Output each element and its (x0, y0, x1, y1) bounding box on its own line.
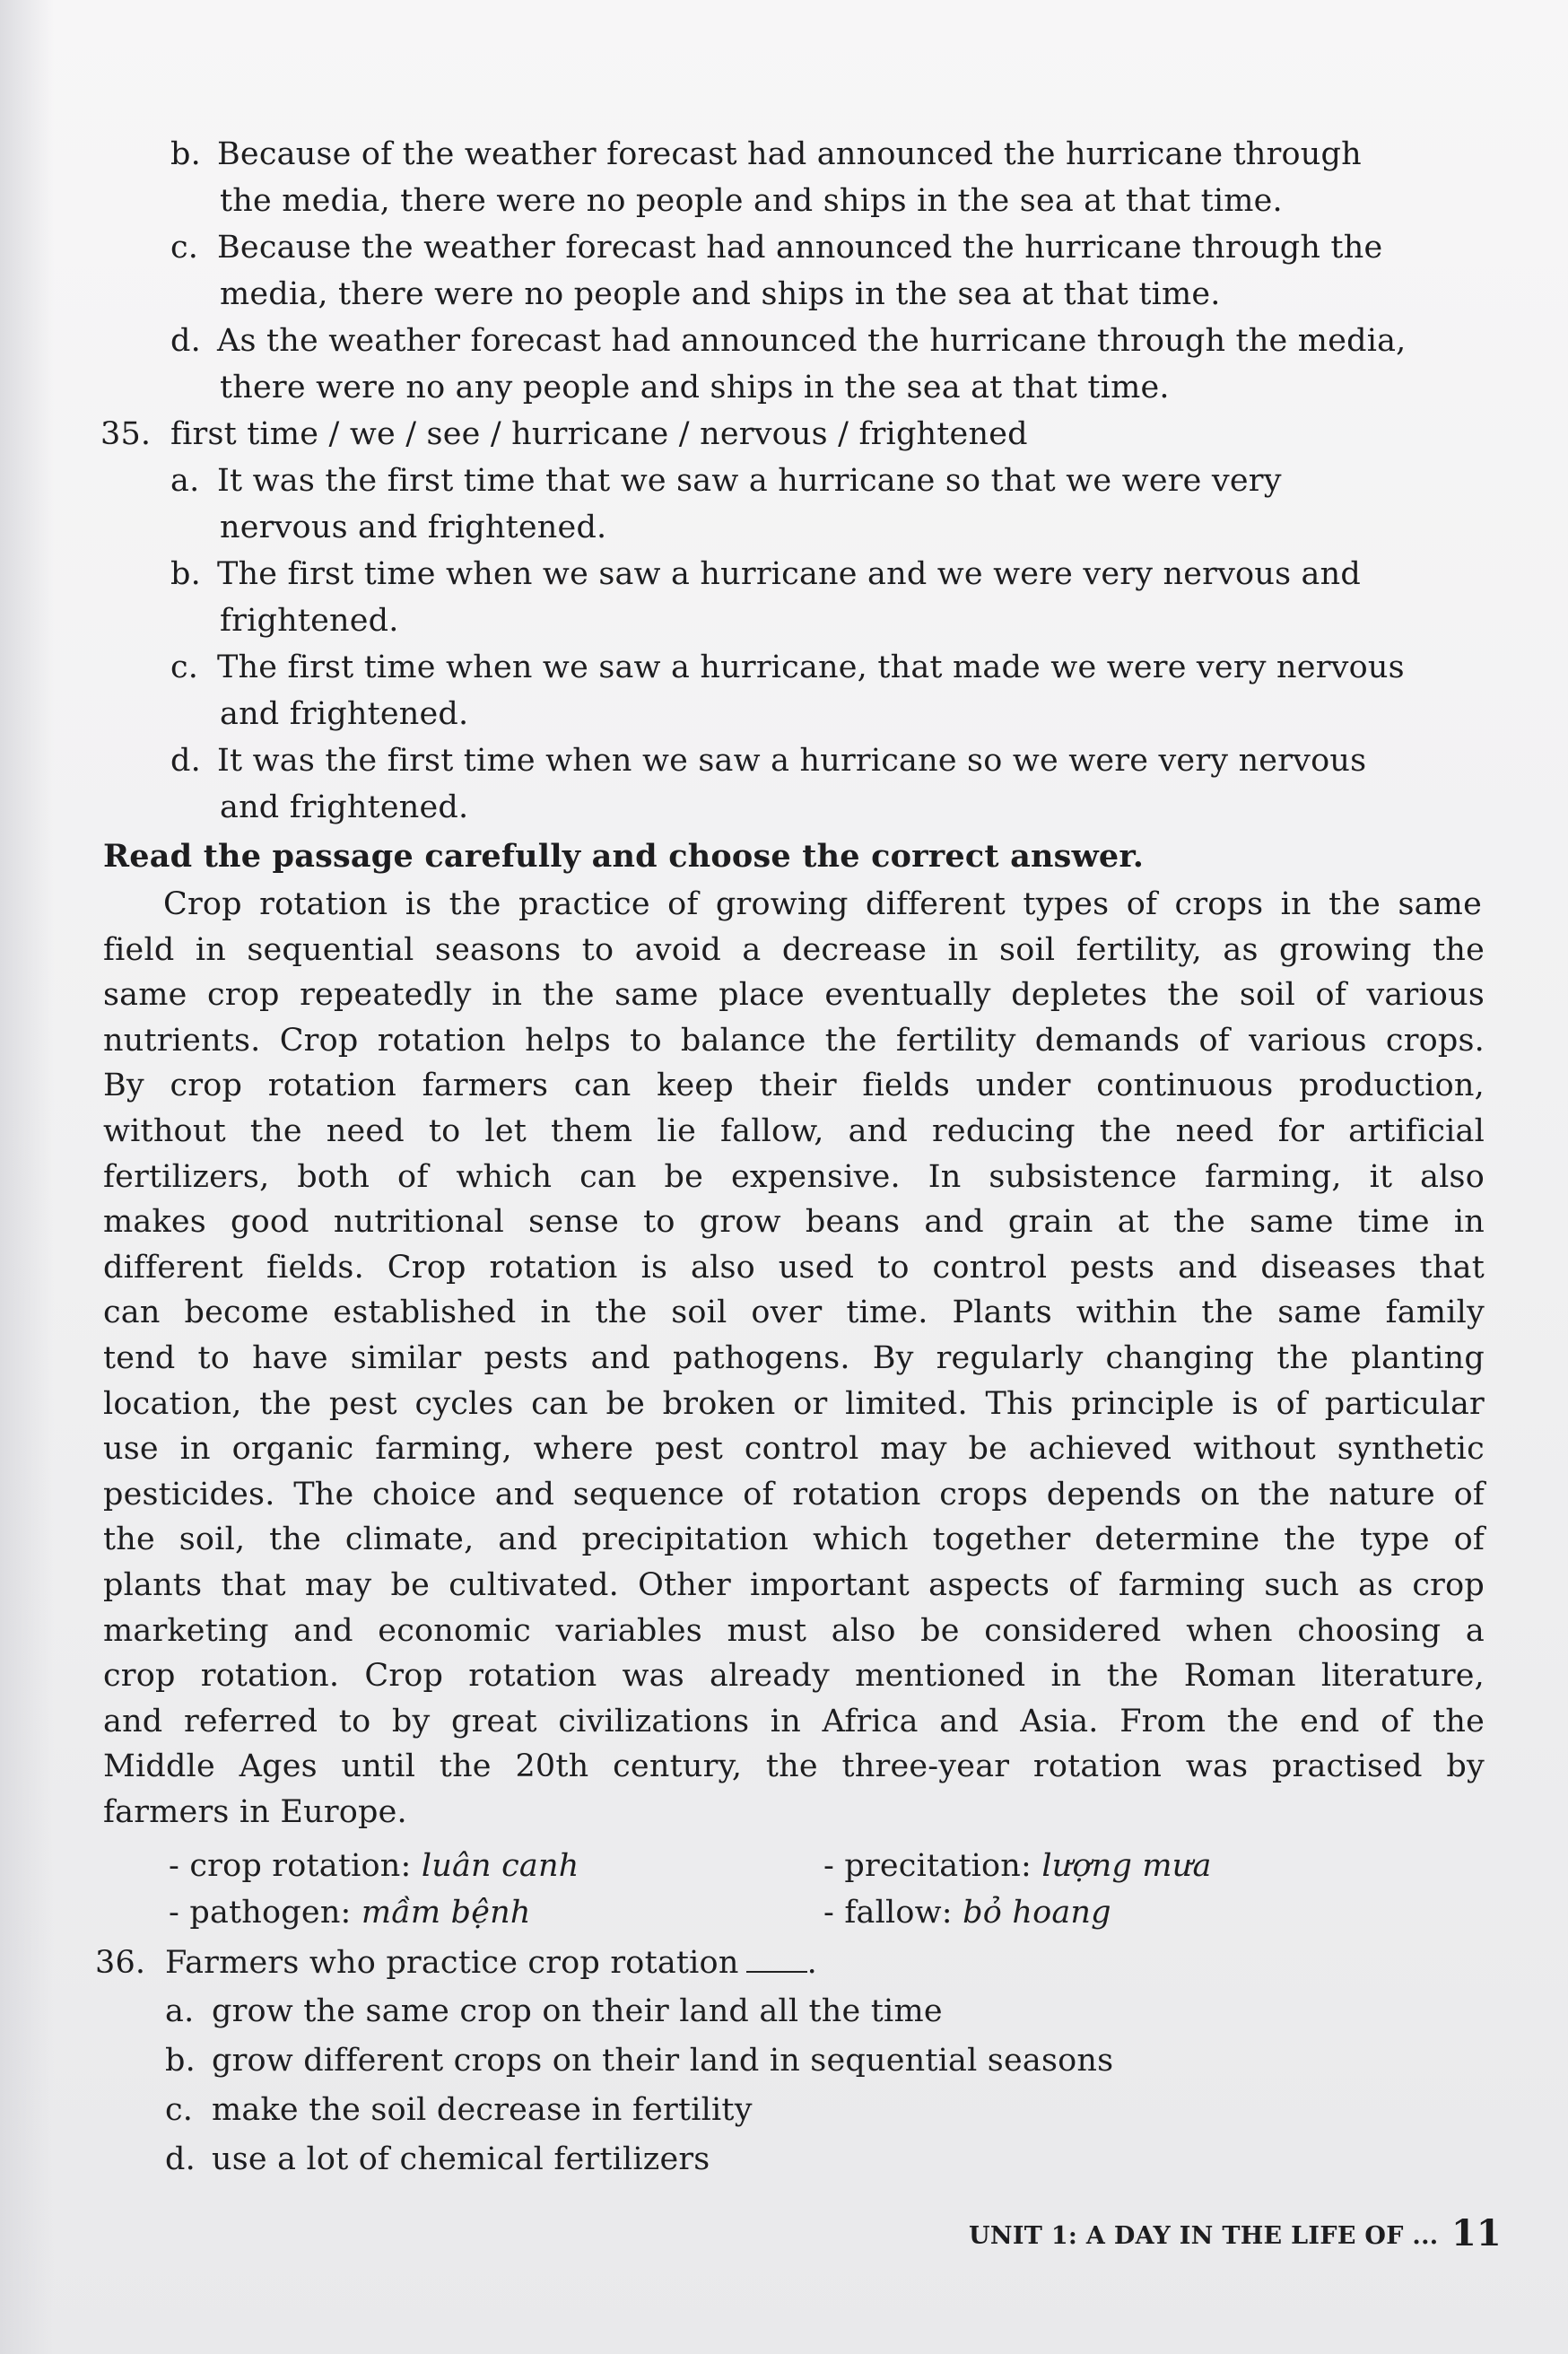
q36-option-d: d.use a lot of chemical fertilizers (165, 2141, 710, 2177)
passage-line: different fields. Crop rotation is also … (103, 1250, 1485, 1286)
passage-line: plants that may be cultivated. Other imp… (103, 1567, 1485, 1603)
passage-line: fertilizers, both of which can be expens… (103, 1159, 1485, 1195)
option-text: grow different crops on their land in se… (212, 2043, 1113, 2079)
option-label: d. (170, 743, 217, 779)
q35-option-b: b.The first time when we saw a hurricane… (170, 556, 1361, 592)
glossary-meaning: bỏ hoang (963, 1895, 1111, 1931)
option-label: c. (170, 650, 217, 685)
section-instruction: Read the passage carefully and choose th… (103, 839, 1144, 875)
question-number: 36. (95, 1945, 165, 1981)
passage-line: the soil, the climate, and precipitation… (103, 1521, 1485, 1557)
q36-option-a: a.grow the same crop on their land all t… (165, 1993, 943, 2029)
option-text: use a lot of chemical fertilizers (212, 2141, 710, 2177)
passage-line: use in organic farming, where pest contr… (103, 1431, 1485, 1467)
q35-option-c: c.The first time when we saw a hurricane… (170, 650, 1405, 685)
option-text: Because of the weather forecast had anno… (217, 136, 1362, 172)
glossary-term: - fallow: (823, 1895, 953, 1931)
question-text: first time / we / see / hurricane / nerv… (170, 416, 1028, 452)
glossary-item: - crop rotation: luân canh (169, 1848, 579, 1884)
glossary-term: - precitation: (823, 1848, 1032, 1884)
passage-line: Crop rotation is the practice of growing… (163, 886, 1482, 922)
option-label: b. (170, 556, 217, 592)
q35-option-b-cont: frightened. (220, 603, 399, 639)
page-number: 11 (1451, 2212, 1502, 2254)
option-text: It was the first time when we saw a hurr… (217, 743, 1366, 779)
q35-option-a: a.It was the first time that we saw a hu… (170, 463, 1282, 499)
q36-option-c: c.make the soil decrease in fertility (165, 2092, 753, 2128)
glossary-term: - pathogen: (169, 1895, 352, 1931)
question-text: Farmers who practice crop rotation (165, 1945, 739, 1981)
q34-option-d-cont: there were no any people and ships in th… (220, 370, 1170, 405)
option-label: d. (170, 323, 217, 359)
glossary-meaning: mầm bệnh (362, 1895, 531, 1931)
option-label: a. (165, 1993, 212, 2029)
passage-line: location, the pest cycles can be broken … (103, 1386, 1485, 1422)
option-label: c. (170, 230, 217, 266)
q34-option-b-cont: the media, there were no people and ship… (220, 183, 1283, 219)
option-label: c. (165, 2092, 212, 2128)
q35-option-a-cont: nervous and frightened. (220, 510, 606, 545)
passage-line: field in sequential seasons to avoid a d… (103, 932, 1485, 968)
passage-line: nutrients. Crop rotation helps to balanc… (103, 1023, 1485, 1059)
passage-line: By crop rotation farmers can keep their … (103, 1068, 1485, 1103)
passage-line: makes good nutritional sense to grow bea… (103, 1204, 1485, 1240)
option-label: a. (170, 463, 217, 499)
option-text: The first time when we saw a hurricane, … (217, 650, 1405, 685)
passage-line: tend to have similar pests and pathogens… (103, 1340, 1485, 1376)
answer-blank (746, 1946, 807, 1973)
glossary-item: - pathogen: mầm bệnh (169, 1895, 531, 1931)
passage-line: pesticides. The choice and sequence of r… (103, 1477, 1485, 1513)
q35-option-c-cont: and frightened. (220, 696, 468, 732)
q36-prompt: 36.Farmers who practice crop rotation. (95, 1945, 817, 1981)
passage-line: same crop repeatedly in the same place e… (103, 977, 1485, 1013)
q34-option-c-cont: media, there were no people and ships in… (220, 276, 1221, 312)
glossary-meaning: lượng mưa (1041, 1848, 1211, 1884)
option-text: make the soil decrease in fertility (212, 2092, 753, 2128)
glossary-item: - fallow: bỏ hoang (823, 1895, 1111, 1931)
passage-line: crop rotation. Crop rotation was already… (103, 1658, 1485, 1694)
passage-line: marketing and economic variables must al… (103, 1613, 1485, 1649)
page-edge-shadow (0, 0, 54, 2354)
passage-line: farmers in Europe. (103, 1794, 1485, 1830)
glossary-item: - precitation: lượng mưa (823, 1848, 1212, 1884)
q34-option-b: b.Because of the weather forecast had an… (170, 136, 1362, 172)
option-text: grow the same crop on their land all the… (212, 1993, 943, 2029)
q35-option-d: d.It was the first time when we saw a hu… (170, 743, 1366, 779)
q35-option-d-cont: and frightened. (220, 789, 468, 825)
q36-option-b: b.grow different crops on their land in … (165, 2043, 1113, 2079)
option-label: d. (165, 2141, 212, 2177)
glossary-term: - crop rotation: (169, 1848, 412, 1884)
q35-prompt: 35.first time / we / see / hurricane / n… (100, 416, 1028, 452)
option-label: b. (170, 136, 217, 172)
running-title: UNIT 1: A DAY IN THE LIFE OF ... (969, 2222, 1438, 2250)
question-number: 35. (100, 416, 170, 452)
glossary-meaning: luân canh (422, 1848, 579, 1884)
passage-line: without the need to let them lie fallow,… (103, 1113, 1485, 1149)
option-text: The first time when we saw a hurricane a… (217, 556, 1361, 592)
option-text: Because the weather forecast had announc… (217, 230, 1382, 266)
passage-line: can become established in the soil over … (103, 1295, 1485, 1330)
passage-line: Middle Ages until the 20th century, the … (103, 1748, 1485, 1784)
passage-line: and referred to by great civilizations i… (103, 1704, 1485, 1739)
option-text: As the weather forecast had announced th… (217, 323, 1407, 359)
option-label: b. (165, 2043, 212, 2079)
q34-option-d: d.As the weather forecast had announced … (170, 323, 1407, 359)
q34-option-c: c.Because the weather forecast had annou… (170, 230, 1382, 266)
option-text: It was the first time that we saw a hurr… (217, 463, 1282, 499)
